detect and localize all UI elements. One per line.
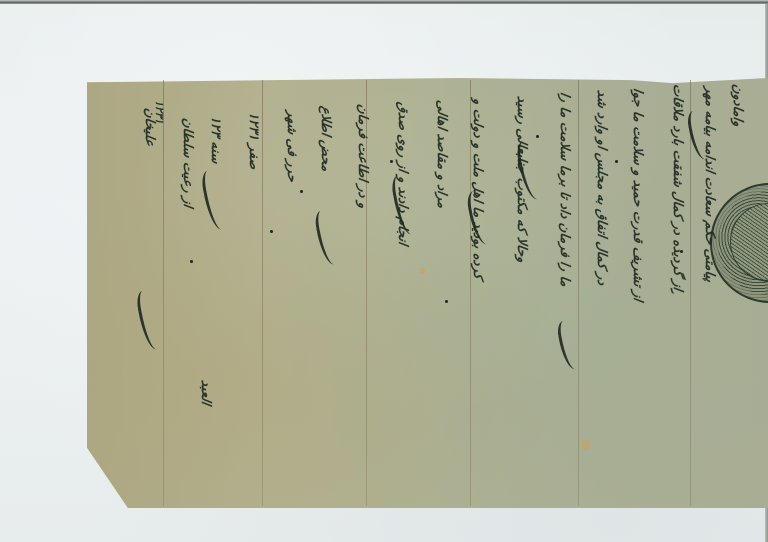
manuscript-line: و در اطاعت فرمان	[353, 103, 371, 376]
manuscript-line: وحالا که مکتوب جنابعالی رسید	[512, 95, 530, 378]
fold-line	[163, 80, 164, 506]
manuscript-line: حرر فی شهر	[282, 109, 300, 372]
ink-dot	[390, 160, 393, 163]
ink-dot	[445, 300, 448, 303]
manuscript-line: از تشریف قدرت حمید و سلامت ما جوا	[628, 87, 646, 385]
fold-line	[690, 80, 691, 506]
fold-line	[578, 80, 579, 506]
manuscript-line: صفر ۱۲۳۱	[244, 111, 262, 364]
manuscript-line: وامادون	[728, 83, 746, 161]
ink-dot	[300, 190, 303, 193]
manuscript-line: از رعیت سلطان	[178, 117, 196, 380]
ink-dot	[536, 135, 539, 138]
manuscript-signature: العبد	[196, 379, 214, 482]
ink-dot	[615, 160, 618, 163]
manuscript-line: انجام دادند و از روی صدق	[393, 101, 411, 384]
scanner-lid-edge	[0, 0, 768, 4]
ink-dot	[680, 250, 683, 253]
paper-stain	[582, 440, 590, 450]
paper-stain	[420, 268, 425, 274]
ink-dot	[190, 260, 193, 263]
manuscript-date-annotation: ۱۲۳۱	[150, 99, 168, 142]
manuscript-line: مراد و مقاصد اهالی	[432, 99, 450, 387]
manuscript-line: سنه ۱۲۳	[206, 115, 224, 368]
fold-line	[262, 80, 263, 506]
seal-inner-ring	[730, 203, 768, 281]
manuscript-line: در کمال اتفاق به مجلس او وارد شد	[592, 89, 610, 387]
ink-dot	[270, 230, 273, 233]
manuscript-line: سرافراز گردیده در کمال شفقت بارد ملاقات	[668, 83, 686, 296]
